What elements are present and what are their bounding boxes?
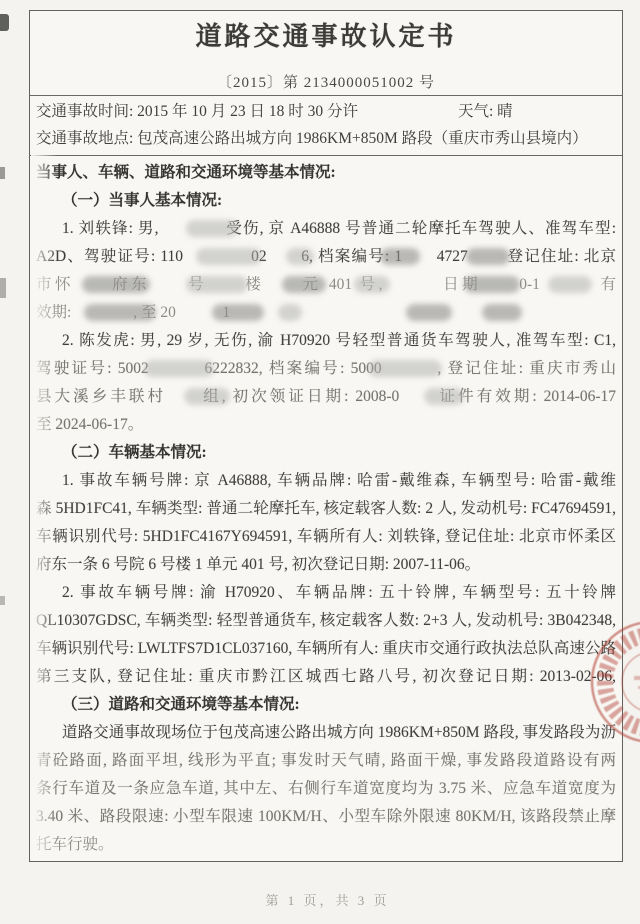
document-border-box: 道路交通事故认定书 〔2015〕第 2134000051002 号 交通事故时间… <box>29 10 623 862</box>
weather: 天气: 晴 <box>458 98 513 125</box>
section-heading: 当事人、车辆、道路和交通环境等基本情况: <box>36 159 616 187</box>
scan-artifact <box>0 278 6 298</box>
body-line: 县大溪乡丰联村 组, 初次领证日期: 2008-0 证件有效期: 2014-06… <box>36 383 616 411</box>
section-heading: （二）车辆基本情况: <box>36 439 616 467</box>
redaction-blur <box>212 304 264 321</box>
redaction-blur <box>354 276 390 293</box>
body-line: 道路交通事故现场位于包茂高速公路出城方向 1986KM+850M 路段, 事发路… <box>36 719 616 747</box>
accident-time: 交通事故时间: 2015 年 10 月 23 日 18 时 30 分许 <box>36 103 358 120</box>
scan-artifact <box>0 596 5 605</box>
body-line: 市怀 府东 号 楼 元 401 号, 日期 0-1 有 <box>36 271 616 299</box>
accident-location: 交通事故地点: 包茂高速公路出城方向 1986KM+850M 路段（重庆市秀山县… <box>36 130 588 147</box>
body-line: 1. 刘轶锋: 男, 受伤, 京 A46888 号普通二轮摩托车驾驶人、准驾车型… <box>36 215 616 243</box>
redaction-blur <box>186 276 248 293</box>
redaction-blur <box>286 248 314 265</box>
body-line: 2. 陈发虎: 男, 29 岁, 无伤, 渝 H70920 号轻型普通货车驾驶人… <box>36 327 616 355</box>
redaction-blur <box>424 388 464 405</box>
body-line: 车辆识别代号: LWLTFS7D1CL037160, 车辆所有人: 重庆市交通行… <box>36 635 616 663</box>
redaction-blur <box>144 360 214 377</box>
body-line: 条行车道及一条应急车道, 其中左、右侧行车道宽度均为 3.75 米、应急车道宽度… <box>36 775 616 803</box>
body-line: 青砼路面, 路面平坦, 线形为平直; 事发时天气晴, 路面干燥, 事发路段道路设… <box>36 747 616 775</box>
document-title: 道路交通事故认定书 <box>30 21 622 53</box>
accident-header-table: 交通事故时间: 2015 年 10 月 23 日 18 时 30 分许 天气: … <box>30 95 622 156</box>
scanned-document-page: 道路交通事故认定书 〔2015〕第 2134000051002 号 交通事故时间… <box>0 0 640 924</box>
redaction-blur <box>548 276 592 293</box>
official-red-seal-icon <box>582 612 640 752</box>
body-line: 第三支队, 登记住址: 重庆市黔江区城西七路八号, 初次登记日期: 2013-0… <box>36 663 616 691</box>
body-line: 3.40 米、路段限速: 小型车限速 100KM/H、小型车除外限速 80KM/… <box>36 803 616 831</box>
redaction-blur <box>282 276 326 293</box>
body-line: 1. 事故车辆号牌: 京 A46888, 车辆品牌: 哈雷-戴维森, 车辆型号:… <box>36 467 616 495</box>
body-line: 托车行驶。 <box>36 831 616 859</box>
body-line: A2D、驾驶证号: 110 02 6, 档案编号: 1 4727 登记住址: 北… <box>36 243 616 271</box>
redaction-blur <box>380 248 420 265</box>
section-heading: （一）当事人基本情况: <box>36 187 616 215</box>
section-heading: （三）道路和交通环境等基本情况: <box>36 691 616 719</box>
document-body: 当事人、车辆、道路和交通环境等基本情况: （一）当事人基本情况: 1. 刘轶锋:… <box>30 156 622 859</box>
redaction-blur <box>278 304 302 321</box>
body-line: 府东一条 6 号院 6 号楼 1 单元 401 号, 初次登记日期: 2007-… <box>36 551 616 579</box>
redaction-blur <box>464 276 520 293</box>
body-line: 效期: , 至 20 1 <box>36 299 616 327</box>
redaction-blur <box>368 360 442 377</box>
body-line: QL10307GDSC, 车辆类型: 轻型普通货车, 核定载客人数: 2+3 人… <box>36 607 616 635</box>
redaction-blur <box>184 388 230 405</box>
accident-location-row: 交通事故地点: 包茂高速公路出城方向 1986KM+850M 路段（重庆市秀山县… <box>36 125 616 152</box>
body-line: 驾驶证号: 5002 6222832, 档案编号: 5000 , 登记住址: 重… <box>36 355 616 383</box>
redaction-blur <box>406 304 452 321</box>
scan-artifact <box>0 14 9 31</box>
redaction-blur <box>482 304 522 321</box>
page-footer: 第 1 页，共 3 页 <box>0 890 640 909</box>
body-line: 森 5HD1FC41, 车辆类型: 普通二轮摩托车, 核定载客人数: 2 人, … <box>36 495 616 523</box>
body-line: 2. 事故车辆号牌: 渝 H70920、车辆品牌: 五十铃牌, 车辆型号: 五十… <box>36 579 616 607</box>
body-line: 车辆识别代号: 5HD1FC4167Y694591, 车辆所有人: 刘轶锋, 登… <box>36 523 616 551</box>
redaction-blur <box>84 304 156 321</box>
document-number: 〔2015〕第 2134000051002 号 <box>30 73 622 93</box>
redaction-blur <box>186 220 238 237</box>
redaction-blur <box>196 248 262 265</box>
scan-artifact <box>0 167 5 179</box>
redaction-blur <box>82 276 150 293</box>
body-line: 至 2024-06-17。 <box>36 411 616 439</box>
redaction-blur <box>466 248 510 265</box>
accident-time-row: 交通事故时间: 2015 年 10 月 23 日 18 时 30 分许 天气: … <box>36 98 616 125</box>
